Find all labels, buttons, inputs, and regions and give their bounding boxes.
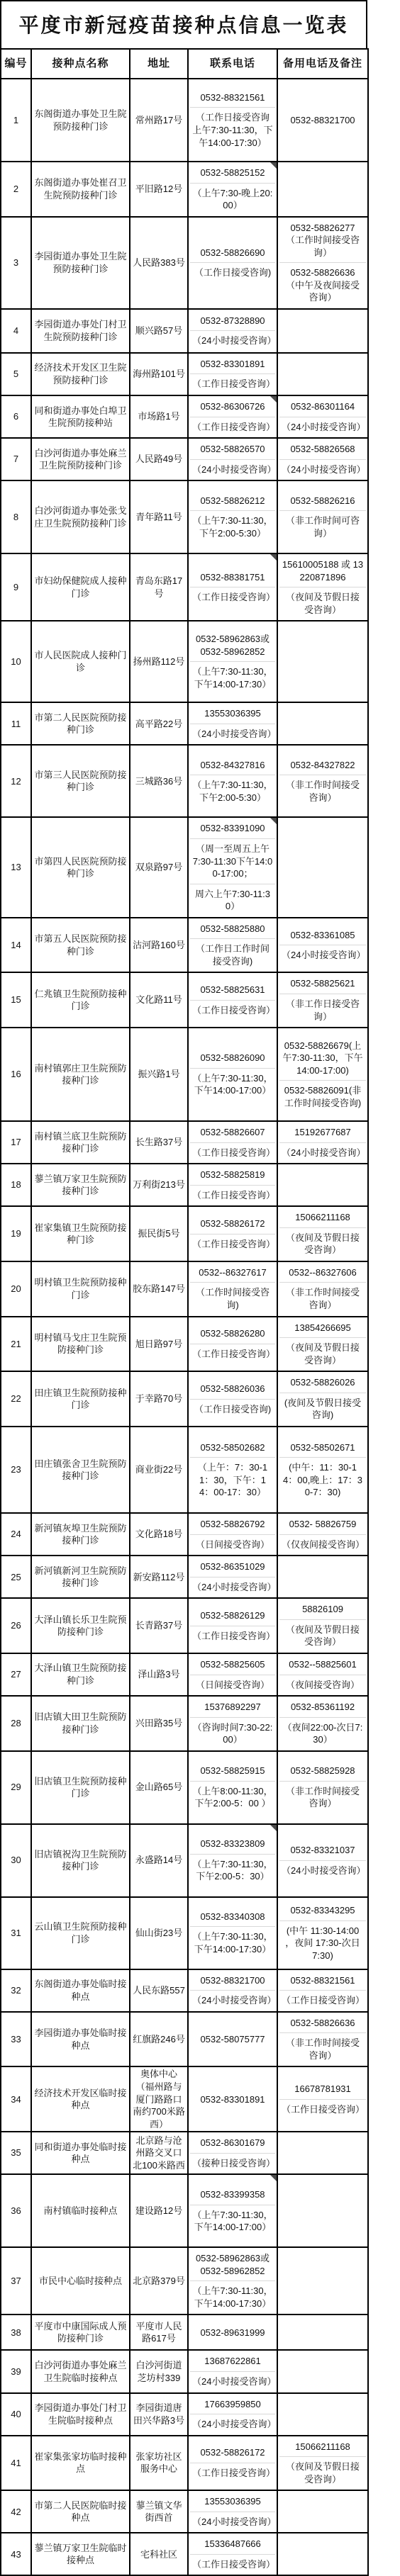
backup-line: （非工作时间接受咨询） bbox=[279, 1781, 366, 1813]
table-row: 42市第二人民医院临时接种点蓼兰镇文华街西首13553036395（24小时接受… bbox=[1, 2490, 368, 2533]
backup-phone-cell: 15066211168（夜间及节假日接受咨询） bbox=[277, 1206, 368, 1261]
backup-line: 0532-58825928 bbox=[279, 1761, 366, 1781]
contact-phone-cell: 0532-58962863或 0532-58962852（上午7:30-11:3… bbox=[188, 621, 277, 702]
backup-line: （夜间及节假日接受咨询） bbox=[279, 1227, 366, 1260]
contact-phone-cell: 0532-89631999 bbox=[188, 2315, 277, 2350]
backup-line: 0532-58502671 bbox=[279, 1438, 366, 1458]
table-row: 28旧店镇大田卫生院预防接种门诊兴田路35号15376892297（咨询时间7:… bbox=[1, 1696, 368, 1751]
row-number: 42 bbox=[1, 2490, 31, 2533]
site-address: 青年路11号 bbox=[130, 480, 188, 553]
row-number: 29 bbox=[1, 1751, 31, 1824]
site-address: 振民街5号 bbox=[130, 1206, 188, 1261]
backup-line: 16678781931 bbox=[279, 2079, 366, 2099]
backup-phone-cell: 0532-58826568（24小时接受咨询） bbox=[277, 438, 368, 480]
phone-line: （工作日接受咨询） bbox=[190, 417, 275, 437]
site-address: 于幸路70号 bbox=[130, 1371, 188, 1427]
contact-phone-cell: 0532-83323809（上午7:30-11:30，下午2:00-5：30） bbox=[188, 1824, 277, 1897]
site-address: 高平路22号 bbox=[130, 702, 188, 745]
backup-line: 58826109 bbox=[279, 1599, 366, 1619]
table-row: 7白沙河街道办事处麻兰卫生院预防接种门诊人民路49号0532-58826570（… bbox=[1, 438, 368, 480]
row-number: 14 bbox=[1, 918, 31, 973]
site-name: 市第四人民医院预防接种门诊 bbox=[31, 817, 130, 917]
phone-line: （工作日接受咨询） bbox=[190, 1000, 275, 1020]
site-address: 人民路49号 bbox=[130, 438, 188, 480]
row-number: 35 bbox=[1, 2132, 31, 2174]
backup-phone-cell: 15066211168（夜间及节假日接受咨询） bbox=[277, 2436, 368, 2491]
phone-line: 13553036395 bbox=[190, 2492, 275, 2512]
row-number: 21 bbox=[1, 1317, 31, 1372]
phone-line: （上午7:30-11:30，下午14:00-17:00） bbox=[190, 2205, 275, 2237]
site-name: 同和街道办事处临时接种点 bbox=[31, 2132, 130, 2174]
backup-line: （夜间接受咨询） bbox=[279, 1675, 366, 1695]
backup-line: 0532--86327606 bbox=[279, 1263, 366, 1283]
site-name: 蓼兰镇万家卫生院临时接种点 bbox=[31, 2533, 130, 2575]
contact-phone-cell: 0532-83391090（周一至周五上午7:30-11:30下午14:00-1… bbox=[188, 817, 277, 917]
site-address: 李园街道唐田兴华路3号 bbox=[130, 2393, 188, 2436]
backup-phone-cell bbox=[277, 309, 368, 353]
site-name: 市第二人民医院临时接种点 bbox=[31, 2490, 130, 2533]
site-address: 新安路112号 bbox=[130, 1556, 188, 1598]
row-number: 24 bbox=[1, 1513, 31, 1556]
phone-line: 0532-83391090 bbox=[190, 819, 275, 838]
table-row: 20明村镇卫生院预防接种门诊胶东路147号0532--86327617（工作时间… bbox=[1, 1261, 368, 1317]
contact-phone-cell: 13687622861（24小时接受咨询） bbox=[188, 2350, 277, 2392]
phone-line: （工作日接受咨询） bbox=[190, 2554, 275, 2575]
contact-phone-cell: 0532-58825880（工作日工作时间接受咨询) bbox=[188, 918, 277, 973]
phone-line: 0532-86301679 bbox=[190, 2133, 275, 2153]
backup-line: （24小时接受咨询） bbox=[279, 945, 366, 965]
site-name: 白沙河街道办事处麻兰卫生院预防接种门诊 bbox=[31, 438, 130, 480]
backup-line: （工作日接受咨询） bbox=[279, 2099, 366, 2120]
row-number: 18 bbox=[1, 1164, 31, 1206]
backup-line: (中午 11:30-14:00 ，夜间 17:30-次日 7:30) bbox=[279, 1920, 366, 1966]
row-number: 25 bbox=[1, 1556, 31, 1598]
phone-line: （工作时间接受咨询) bbox=[190, 1282, 275, 1315]
contact-phone-cell: 13553036395（24小时接受咨询） bbox=[188, 702, 277, 745]
site-address: 胶东路147号 bbox=[130, 1261, 188, 1317]
site-address: 泽山路3号 bbox=[130, 1653, 188, 1696]
backup-phone-cell: 58826109（夜间及节假日接受咨询） bbox=[277, 1598, 368, 1653]
table-row: 24新河镇灰埠卫生院预防接种门诊文化路18号0532-58826792（日间接受… bbox=[1, 1513, 368, 1556]
phone-line: （24小时接受咨询） bbox=[190, 1577, 275, 1597]
phone-line: 0532-58826036 bbox=[190, 1379, 275, 1399]
table-row: 38平度市中康国际成人预防接种门诊平度市人民路617号0532-89631999 bbox=[1, 2315, 368, 2350]
phone-line: 0532-58825880 bbox=[190, 919, 275, 939]
site-name: 田庄镇卫生院预防接种门诊 bbox=[31, 1371, 130, 1427]
table-row: 41崔家集张家坊临时接种点张家坊社区服务中心0532-58826172（工作日接… bbox=[1, 2436, 368, 2491]
backup-phone-cell bbox=[277, 2247, 368, 2315]
site-address: 白沙河街道芝坊村339 bbox=[130, 2350, 188, 2392]
row-number: 30 bbox=[1, 1824, 31, 1897]
backup-phone-cell bbox=[277, 2393, 368, 2436]
backup-phone-cell bbox=[277, 1164, 368, 1206]
backup-line: （24小时接受咨询） bbox=[279, 1860, 366, 1881]
contact-phone-cell: 0532-58502682（上午：7：30-11：30，下午：14：00-17：… bbox=[188, 1427, 277, 1513]
site-address: 扬州路112号 bbox=[130, 621, 188, 702]
phone-line: 0532-83323809 bbox=[190, 1834, 275, 1854]
contact-phone-cell: 0532-86301679（接种日接受咨询） bbox=[188, 2132, 277, 2174]
phone-line: 0532-58826690 bbox=[190, 243, 275, 263]
site-address: 人民东路557 bbox=[130, 1969, 188, 2012]
site-name: 白沙河街道办事处张戈庄卫生院预防接种门诊 bbox=[31, 480, 130, 553]
backup-line: 0532-58826568 bbox=[279, 439, 366, 459]
phone-line: 0532-58825915 bbox=[190, 1761, 275, 1781]
row-number: 27 bbox=[1, 1653, 31, 1696]
phone-line: （上午7:30-11:30，下午2:00-5：30） bbox=[190, 1854, 275, 1886]
table-row: 36南村镇临时接种点建设路12号0532-83399358（上午7:30-11:… bbox=[1, 2174, 368, 2247]
table-row: 37市民中心临时接种点北京路379号0532-58962863或 0532-58… bbox=[1, 2247, 368, 2315]
phone-line: （24小时接受咨询） bbox=[190, 1990, 275, 2010]
phone-line: 0532-58826090 bbox=[190, 1048, 275, 1068]
backup-phone-cell bbox=[277, 621, 368, 702]
contact-phone-cell: 0532-58826792（日间接受咨询） bbox=[188, 1513, 277, 1556]
backup-phone-cell bbox=[277, 2315, 368, 2350]
site-name: 蓼兰镇万家卫生院预防接种门诊 bbox=[31, 1164, 130, 1206]
phone-line: （工作日接受咨询） bbox=[190, 2463, 275, 2483]
backup-phone-cell bbox=[277, 1556, 368, 1598]
phone-line: （24小时接受咨询） bbox=[190, 2512, 275, 2532]
table-row: 27大泽山镇卫生院预防接种门诊泽山路3号0532-58825605（日间接受咨询… bbox=[1, 1653, 368, 1696]
backup-line: 15066211168 bbox=[279, 2437, 366, 2457]
backup-line: （24小时接受咨询） bbox=[279, 1142, 366, 1163]
site-name: 市人民医院成人接种门诊 bbox=[31, 621, 130, 702]
contact-phone-cell: 0532-83301891 bbox=[188, 2066, 277, 2132]
contact-phone-cell: 0532-58075777 bbox=[188, 2012, 277, 2067]
site-name: 新河镇灰埠卫生院预防接种门诊 bbox=[31, 1513, 130, 1556]
site-name: 南村镇兰底卫生院预防接种门诊 bbox=[31, 1121, 130, 1164]
backup-phone-cell: 0532-58502671(中午：11：30-14：00,晚上：17：30-7：… bbox=[277, 1427, 368, 1513]
site-address: 海州路101号 bbox=[130, 353, 188, 395]
site-name: 南村镇郭庄卫生院预防接种门诊 bbox=[31, 1028, 130, 1121]
contact-phone-cell: 0532-83340308（上午7:30-11:30，下午14:00-17:30… bbox=[188, 1897, 277, 1969]
row-number: 39 bbox=[1, 2350, 31, 2392]
column-header-0: 编号 bbox=[1, 49, 31, 79]
phone-line: 0532-58962863或 0532-58962852 bbox=[190, 2249, 275, 2280]
contact-phone-cell: 0532-58826036（工作日接受咨询) bbox=[188, 1371, 277, 1427]
site-name: 东阁街道办事处崔召卫生院预防接种门诊 bbox=[31, 162, 130, 217]
phone-line: 0532--86327617 bbox=[190, 1263, 275, 1283]
contact-phone-cell: 0532-58962863或 0532-58962852（上午7:30-11:3… bbox=[188, 2247, 277, 2315]
site-name: 经济技术开发区临时接种点 bbox=[31, 2066, 130, 2132]
phone-line: （上午7:30-11:30，下午14:00-17:30） bbox=[190, 661, 275, 694]
site-address: 沽河路160号 bbox=[130, 918, 188, 973]
phone-line: （上午7:30-11:30，下午2:00-5:30） bbox=[190, 775, 275, 807]
site-name: 大泽山镇长乐卫生院预防接种门诊 bbox=[31, 1598, 130, 1653]
backup-line: 15066211168 bbox=[279, 1208, 366, 1227]
site-address: 顺兴路57号 bbox=[130, 309, 188, 353]
table-row: 39白沙河街道办事处麻兰卫生院临时接种点白沙河街道芝坊村339136876228… bbox=[1, 2350, 368, 2392]
phone-line: 0532-83301891 bbox=[190, 354, 275, 374]
backup-phone-cell: 0532- 58826759（仅夜间接受咨询） bbox=[277, 1513, 368, 1556]
phone-line: 0532-58826607 bbox=[190, 1123, 275, 1142]
phone-line: 0532-83340308 bbox=[190, 1907, 275, 1927]
backup-phone-cell: 15610005188 或 13220871896（夜间及节假日接受咨询） bbox=[277, 553, 368, 621]
backup-line: 0532--58825601 bbox=[279, 1655, 366, 1675]
site-address: 万利街213号 bbox=[130, 1164, 188, 1206]
backup-line: 0532-83321037 bbox=[279, 1840, 366, 1860]
table-row: 34经济技术开发区临时接种点奥体中心（福州路与厦门路路口南约700米路西）053… bbox=[1, 2066, 368, 2132]
phone-line: （上午7:30-11:30，下午2:00-5:30） bbox=[190, 510, 275, 543]
phone-line: （24小时接受咨询） bbox=[190, 2414, 275, 2434]
column-header-1: 接种点名称 bbox=[31, 49, 130, 79]
site-address: 文化路11号 bbox=[130, 972, 188, 1028]
phone-line: （工作日接受咨询 上午7:30-11:30，下午14:00-17:30） bbox=[190, 107, 275, 152]
contact-phone-cell: 0532-58826172（工作日接受咨询） bbox=[188, 2436, 277, 2491]
row-number: 32 bbox=[1, 1969, 31, 2012]
row-number: 5 bbox=[1, 353, 31, 395]
backup-line: 0532-88321561 bbox=[279, 1971, 366, 1991]
table-row: 31云山镇卫生院预防接种门诊仙山街23号0532-83340308（上午7:30… bbox=[1, 1897, 368, 1969]
table-row: 40李园街道办事处门村卫生院临时接种点李园街道唐田兴华路3号1766395985… bbox=[1, 2393, 368, 2436]
row-number: 26 bbox=[1, 1598, 31, 1653]
site-address: 常州路17号 bbox=[130, 79, 188, 162]
table-header-row: 编号接种点名称地址联系电话备用电话及备注 bbox=[1, 49, 368, 79]
site-address: 红旗路246号 bbox=[130, 2012, 188, 2067]
backup-phone-cell bbox=[277, 2132, 368, 2174]
backup-phone-cell: 0532-85361192（夜间22:00-次日7:30） bbox=[277, 1696, 368, 1751]
phone-line: （日间接受咨询） bbox=[190, 1675, 275, 1695]
contact-phone-cell: 0532-86306726（工作日接受咨询） bbox=[188, 395, 277, 438]
site-address: 永盛路14号 bbox=[130, 1824, 188, 1897]
site-address: 振兴路1号 bbox=[130, 1028, 188, 1121]
site-name: 明村镇卫生院预防接种门诊 bbox=[31, 1261, 130, 1317]
site-name: 崔家集镇卫生院预防接种门诊 bbox=[31, 1206, 130, 1261]
backup-phone-cell: 0532--58825601（夜间接受咨询） bbox=[277, 1653, 368, 1696]
phone-line: （上午8:00-11:30，下午2:00-5：00 ） bbox=[190, 1781, 275, 1813]
table-row: 1东阁街道办事处卫生院预防接种门诊常州路17号0532-88321561（工作日… bbox=[1, 79, 368, 162]
table-row: 11市第二人民医院预防接种门诊高平路22号13553036395（24小时接受咨… bbox=[1, 702, 368, 745]
contact-phone-cell: 0532-86351029（24小时接受咨询） bbox=[188, 1556, 277, 1598]
table-row: 25新河镇新河卫生院预防接种门诊新安路112号0532-86351029（24小… bbox=[1, 1556, 368, 1598]
row-number: 31 bbox=[1, 1897, 31, 1969]
phone-line: 0532-58826172 bbox=[190, 1214, 275, 1234]
row-number: 17 bbox=[1, 1121, 31, 1164]
backup-line: （夜间及节假日接受咨询） bbox=[279, 1619, 366, 1652]
backup-line: 0532-84327822 bbox=[279, 755, 366, 775]
contact-phone-cell: 0532-58825631（工作日接受咨询） bbox=[188, 972, 277, 1028]
phone-line: 0532-58826280 bbox=[190, 1324, 275, 1344]
phone-line: 0532-58826792 bbox=[190, 1514, 275, 1534]
row-number: 1 bbox=[1, 79, 31, 162]
table-row: 17南村镇兰底卫生院预防接种门诊长生路37号0532-58826607（工作日接… bbox=[1, 1121, 368, 1164]
site-address: 金山路65号 bbox=[130, 1751, 188, 1824]
backup-line: （24小时接受咨询） bbox=[279, 417, 366, 437]
site-name: 市妇幼保健院成人接种门诊 bbox=[31, 553, 130, 621]
backup-phone-cell bbox=[277, 2533, 368, 2575]
site-name: 市第二人民医院预防接种门诊 bbox=[31, 702, 130, 745]
table-row: 6同和街道办事处白埠卫生院预防接种站市场路1号0532-86306726（工作日… bbox=[1, 395, 368, 438]
table-row: 23田庄镇张舍卫生院预防接种门诊商业街22号0532-58502682（上午：7… bbox=[1, 1427, 368, 1513]
site-address: 旭日路97号 bbox=[130, 1317, 188, 1372]
row-number: 22 bbox=[1, 1371, 31, 1427]
contact-phone-cell: 0532--86327617（工作时间接受咨询) bbox=[188, 1261, 277, 1317]
backup-line: （非工作时间接受咨询） bbox=[279, 2032, 366, 2065]
site-address: 文化路18号 bbox=[130, 1513, 188, 1556]
backup-line: 0532-58826636（中午及夜间接受咨询） bbox=[279, 262, 366, 308]
contact-phone-cell: 0532-88321700（24小时接受咨询） bbox=[188, 1969, 277, 2012]
table-row: 2东阁街道办事处崔召卫生院预防接种门诊平旧路12号0532-58825152（上… bbox=[1, 162, 368, 217]
backup-line: 15610005188 或 13220871896 bbox=[279, 555, 366, 587]
site-name: 李园街道办事处卫生院预防接种门诊 bbox=[31, 217, 130, 309]
site-address: 仙山街23号 bbox=[130, 1897, 188, 1969]
phone-line: 13553036395 bbox=[190, 704, 275, 724]
contact-phone-cell: 0532-87328890（24小时接受咨询） bbox=[188, 309, 277, 353]
site-address: 长生路37号 bbox=[130, 1121, 188, 1164]
backup-line: （夜间及节假日接受咨询） bbox=[279, 2456, 366, 2489]
row-number: 19 bbox=[1, 1206, 31, 1261]
phone-line: （工作日工作时间接受咨询) bbox=[190, 938, 275, 971]
site-address: 兴田路35号 bbox=[130, 1696, 188, 1751]
contact-phone-cell: 0532-88321561（工作日接受咨询 上午7:30-11:30，下午14:… bbox=[188, 79, 277, 162]
site-name: 田庄镇张舍卫生院预防接种门诊 bbox=[31, 1427, 130, 1513]
phone-line: （工作日接受咨询) bbox=[190, 1399, 275, 1419]
table-row: 10市人民医院成人接种门诊扬州路112号0532-58962863或 0532-… bbox=[1, 621, 368, 702]
site-name: 云山镇卫生院预防接种门诊 bbox=[31, 1897, 130, 1969]
phone-line: （接种日接受咨询） bbox=[190, 2153, 275, 2173]
backup-line: 0532-83361085 bbox=[279, 926, 366, 945]
phone-line: （工作日接受咨询） bbox=[190, 1626, 275, 1646]
table-row: 29旧店镇卫生院预防接种门诊金山路65号0532-58825915（上午8:00… bbox=[1, 1751, 368, 1824]
site-name: 明村镇马戈庄卫生院预防接种门诊 bbox=[31, 1317, 130, 1372]
backup-line: 0532-58825621 bbox=[279, 974, 366, 994]
backup-line: 0532-88321700 bbox=[279, 111, 366, 130]
phone-line: 0532-86351029 bbox=[190, 1557, 275, 1577]
contact-phone-cell: 0532-84327816（上午7:30-11:30，下午2:00-5:30） bbox=[188, 745, 277, 817]
phone-line: 0532-83301891 bbox=[190, 2090, 275, 2110]
site-name: 崔家集张家坊临时接种点 bbox=[31, 2436, 130, 2491]
phone-line: 0532-58826172 bbox=[190, 2443, 275, 2463]
backup-phone-cell: 0532-58826679(上午7:30-11:30，下午14:00-17:00… bbox=[277, 1028, 368, 1121]
column-header-2: 地址 bbox=[130, 49, 188, 79]
phone-line: （24小时接受咨询） bbox=[190, 724, 275, 744]
contact-phone-cell: 0532-83399358（上午7:30-11:30，下午14:00-17:00… bbox=[188, 2174, 277, 2247]
phone-line: （工作日接受咨询） bbox=[190, 1234, 275, 1254]
backup-phone-cell bbox=[277, 702, 368, 745]
contact-phone-cell: 0532-58826212（上午7:30-11:30，下午2:00-5:30） bbox=[188, 480, 277, 553]
row-number: 23 bbox=[1, 1427, 31, 1513]
contact-phone-cell: 0532-58825915（上午8:00-11:30，下午2:00-5：00 ） bbox=[188, 1751, 277, 1824]
site-name: 白沙河街道办事处麻兰卫生院临时接种点 bbox=[31, 2350, 130, 2392]
table-row: 12市第三人民医院预防接种门诊三城路36号0532-84327816（上午7:3… bbox=[1, 745, 368, 817]
phone-line: （周一至周五上午7:30-11:30下午14:00-17:00； bbox=[190, 838, 275, 884]
backup-line: 0532-85361192 bbox=[279, 1697, 366, 1717]
phone-line: 15376892297 bbox=[190, 1697, 275, 1717]
phone-line: 17663959850 bbox=[190, 2395, 275, 2414]
table-row: 15仁兆镇卫生院预防接种门诊文化路11号0532-58825631（工作日接受咨… bbox=[1, 972, 368, 1028]
site-name: 大泽山镇卫生院预防接种门诊 bbox=[31, 1653, 130, 1696]
backup-phone-cell: 0532-88321700 bbox=[277, 79, 368, 162]
phone-line: 0532-58826129 bbox=[190, 1606, 275, 1626]
phone-line: 0532-83399358 bbox=[190, 2185, 275, 2205]
row-number: 7 bbox=[1, 438, 31, 480]
contact-phone-cell: 0532-58826280（工作日接受咨询） bbox=[188, 1317, 277, 1372]
phone-line: 0532-58075777 bbox=[190, 2030, 275, 2049]
backup-line: （夜间及节假日接受咨询） bbox=[279, 587, 366, 619]
site-name: 李园街道办事处门村卫生院预防接种门诊 bbox=[31, 309, 130, 353]
backup-phone-cell: 16678781931（工作日接受咨询） bbox=[277, 2066, 368, 2132]
phone-line: （24小时接受咨询） bbox=[190, 330, 275, 351]
row-number: 40 bbox=[1, 2393, 31, 2436]
phone-line: 0532-84327816 bbox=[190, 755, 275, 775]
row-number: 16 bbox=[1, 1028, 31, 1121]
site-address: 北京路379号 bbox=[130, 2247, 188, 2315]
column-header-3: 联系电话 bbox=[188, 49, 277, 79]
site-address: 北京路与沧州路交叉口北100米路西 bbox=[130, 2132, 188, 2174]
phone-line: 0532-89631999 bbox=[190, 2323, 275, 2343]
table-row: 21明村镇马戈庄卫生院预防接种门诊旭日路97号0532-58826280（工作日… bbox=[1, 1317, 368, 1372]
site-name: 旧店镇卫生院预防接种门诊 bbox=[31, 1751, 130, 1824]
backup-phone-cell: 0532-58826026(夜间及节假日接受咨询) bbox=[277, 1371, 368, 1427]
backup-phone-cell bbox=[277, 353, 368, 395]
backup-phone-cell: 15192677687（24小时接受咨询） bbox=[277, 1121, 368, 1164]
phone-line: （上午7:30-晚上20:00） bbox=[190, 183, 275, 215]
row-number: 3 bbox=[1, 217, 31, 309]
site-name: 南村镇临时接种点 bbox=[31, 2174, 130, 2247]
table-row: 4李园街道办事处门村卫生院预防接种门诊顺兴路57号0532-87328890（2… bbox=[1, 309, 368, 353]
site-name: 平度市中康国际成人预防接种门诊 bbox=[31, 2315, 130, 2350]
row-number: 34 bbox=[1, 2066, 31, 2132]
contact-phone-cell: 0532-58826172（工作日接受咨询） bbox=[188, 1206, 277, 1261]
site-address: 长青路37号 bbox=[130, 1598, 188, 1653]
contact-phone-cell: 0532-58826090（上午7:30-11:30，下午14:00-17:00… bbox=[188, 1028, 277, 1121]
backup-line: 0532- 58826759 bbox=[279, 1514, 366, 1534]
phone-line: （24小时接受咨询） bbox=[190, 2371, 275, 2392]
site-address: 青岛东路17号 bbox=[130, 553, 188, 621]
phone-line: 15336487666 bbox=[190, 2534, 275, 2554]
row-number: 43 bbox=[1, 2533, 31, 2575]
backup-line: 0532-58826091(非工作时间接受咨询) bbox=[279, 1080, 366, 1113]
backup-line: （非工作时间接受咨询） bbox=[279, 775, 366, 807]
phone-line: 0532-58826212 bbox=[190, 491, 275, 511]
table-row: 13市第四人民医院预防接种门诊双泉路97号0532-83391090（周一至周五… bbox=[1, 817, 368, 917]
row-number: 6 bbox=[1, 395, 31, 438]
phone-line: 0532-58825605 bbox=[190, 1655, 275, 1675]
phone-line: （24小时接受咨询） bbox=[190, 459, 275, 480]
site-name: 东阁街道办事处临时接种点 bbox=[31, 1969, 130, 2012]
backup-phone-cell: 0532-83343295(中午 11:30-14:00 ，夜间 17:30-次… bbox=[277, 1897, 368, 1969]
table-row: 22田庄镇卫生院预防接种门诊于幸路70号0532-58826036（工作日接受咨… bbox=[1, 1371, 368, 1427]
backup-line: (夜间及节假日接受咨询) bbox=[279, 1393, 366, 1425]
phone-line: 0532-88321561 bbox=[190, 88, 275, 108]
contact-phone-cell: 13553036395（24小时接受咨询） bbox=[188, 2490, 277, 2533]
row-number: 2 bbox=[1, 162, 31, 217]
table-row: 32东阁街道办事处临时接种点人民东路5570532-88321700（24小时接… bbox=[1, 1969, 368, 2012]
backup-line: 0532-58826277（工作时间接受咨询） bbox=[279, 218, 366, 263]
site-address: 市场路1号 bbox=[130, 395, 188, 438]
phone-line: 0532-58825152 bbox=[190, 163, 275, 183]
contact-phone-cell: 0532-88381751（工作日接受咨询） bbox=[188, 553, 277, 621]
site-name: 同和街道办事处白埠卫生院预防接种站 bbox=[31, 395, 130, 438]
phone-line: 0532-58962863或 0532-58962852 bbox=[190, 629, 275, 661]
site-address: 商业街22号 bbox=[130, 1427, 188, 1513]
backup-line: （仅夜间接受咨询） bbox=[279, 1534, 366, 1555]
contact-phone-cell: 15336487666（工作日接受咨询） bbox=[188, 2533, 277, 2575]
row-number: 11 bbox=[1, 702, 31, 745]
document-page: 平度市新冠疫苗接种点信息一览表 编号接种点名称地址联系电话备用电话及备注 1东阁… bbox=[0, 0, 400, 2576]
row-number: 9 bbox=[1, 553, 31, 621]
phone-line: 0532-88381751 bbox=[190, 568, 275, 587]
table-row: 5经济技术开发区卫生院预防接种门诊海州路101号0532-83301891（工作… bbox=[1, 353, 368, 395]
backup-phone-cell: 0532-58825621（非工作日接受咨询） bbox=[277, 972, 368, 1028]
table-row: 9市妇幼保健院成人接种门诊青岛东路17号0532-88381751（工作日接受咨… bbox=[1, 553, 368, 621]
backup-phone-cell: 0532-83321037（24小时接受咨询） bbox=[277, 1824, 368, 1897]
backup-phone-cell bbox=[277, 2490, 368, 2533]
row-number: 28 bbox=[1, 1696, 31, 1751]
row-number: 37 bbox=[1, 2247, 31, 2315]
row-number: 10 bbox=[1, 621, 31, 702]
row-number: 12 bbox=[1, 745, 31, 817]
table-row: 19崔家集镇卫生院预防接种门诊振民街5号0532-58826172（工作日接受咨… bbox=[1, 1206, 368, 1261]
